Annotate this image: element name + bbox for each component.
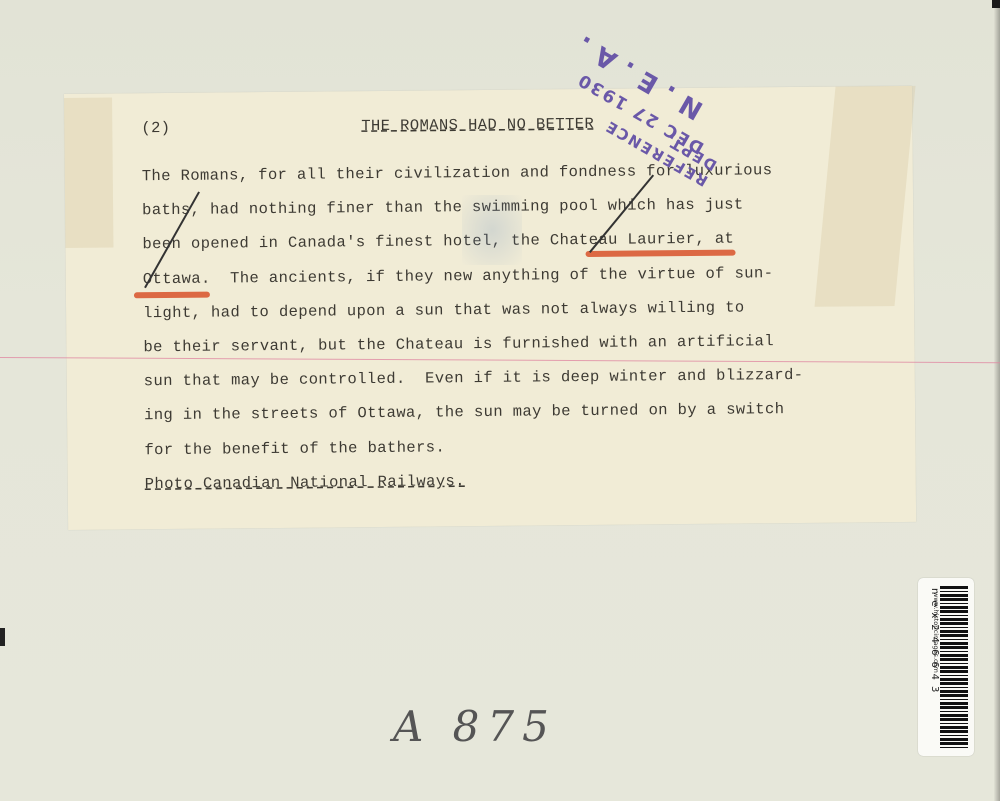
caption-header: (2) THE ROMANS HAD NO BETTER [141,108,901,147]
ink-smudge [462,195,522,265]
photo-credit: Photo Canadian National Railways. [145,460,905,501]
caption-clipping: (2) THE ROMANS HAD NO BETTER The Romans,… [64,86,916,530]
barcode-url: www.historicimages.com [932,592,940,742]
headline: THE ROMANS HAD NO BETTER [361,115,594,135]
barcode-label: nex246643 www.historicimages.com [918,578,974,756]
red-underline-ottawa [134,292,210,299]
barcode-bars [940,586,968,748]
corner-mark [992,0,1000,8]
photo-edge [994,0,1000,801]
caption-body: The Romans, for all their civilization a… [142,152,905,501]
edge-mark [0,628,5,646]
handwritten-note: A 875 [393,702,557,751]
page-number: (2) [141,119,170,137]
tape-left [64,98,113,248]
caption-text: (2) THE ROMANS HAD NO BETTER The Romans,… [141,108,905,501]
